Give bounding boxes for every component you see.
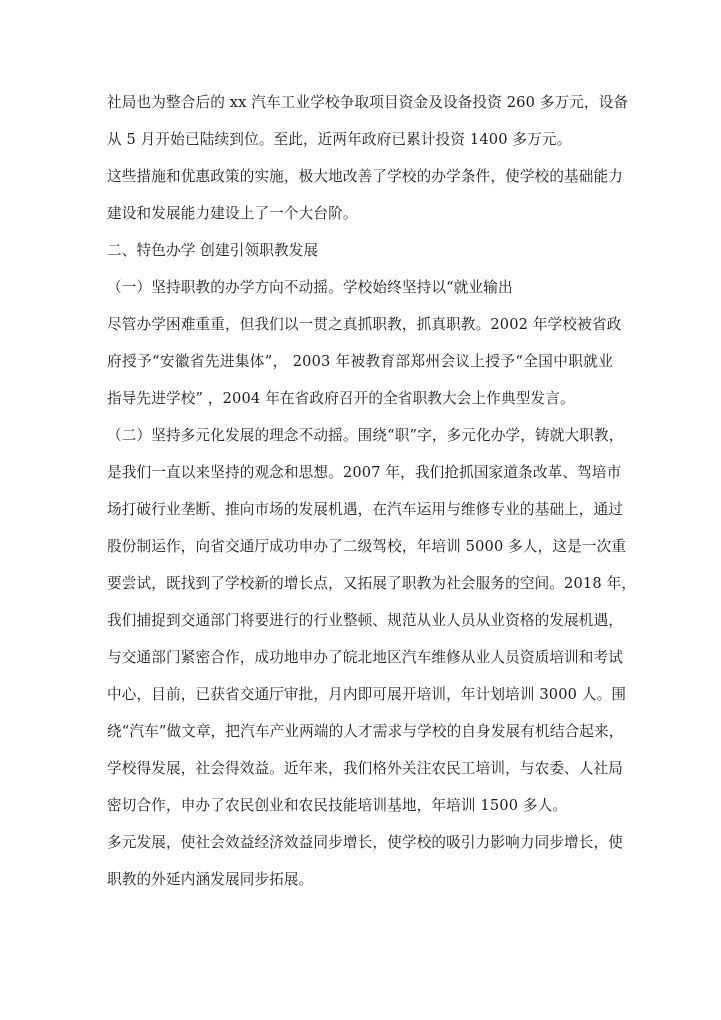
text-line: 场打破行业垄断、推向市场的发展机遇，在汽车运用与维修专业的基础上，通过 <box>107 499 613 536</box>
text-line: 我们捕捉到交通部门将要进行的行业整顿、规范从业人员从业资格的发展机遇， <box>107 610 613 647</box>
text-line: 指导先进学校” ，2004 年在省政府召开的全省职教大会上作典型发言。 <box>107 388 613 425</box>
text-line: 职教的外延内涵发展同步拓展。 <box>107 869 613 906</box>
text-line: 社局也为整合后的 xx 汽车工业学校争取项目资金及设备投资 260 多万元，设备 <box>107 92 613 129</box>
text-line: 多元发展，使社会效益经济效益同步增长，使学校的吸引力影响力同步增长，使 <box>107 832 613 869</box>
text-line: 学校得发展，社会得效益。近年来，我们格外关注农民工培训，与农委、人社局 <box>107 758 613 795</box>
section-heading: 二、特色办学 创建引领职教发展 <box>107 240 613 277</box>
text-line: 密切合作，申办了农民创业和农民技能培训基地，年培训 1500 多人。 <box>107 795 613 832</box>
text-line: 股份制运作，向省交通厅成功申办了二级驾校，年培训 5000 多人，这是一次重 <box>107 536 613 573</box>
text-line: 府授予“安徽省先进集体”， 2003 年被教育部郑州会议上授予“全国中职就业 <box>107 351 613 388</box>
text-line: 尽管办学困难重重，但我们以一贯之真抓职教，抓真职教。2002 年学校被省政 <box>107 314 613 351</box>
text-line: 这些措施和优惠政策的实施，极大地改善了学校的办学条件，使学校的基础能力 <box>107 166 613 203</box>
text-line: 要尝试，既找到了学校新的增长点，又拓展了职教为社会服务的空间。2018 年， <box>107 573 613 610</box>
document-page: 社局也为整合后的 xx 汽车工业学校争取项目资金及设备投资 260 多万元，设备… <box>107 92 613 906</box>
text-line: 绕“汽车”做文章，把汽车产业两端的人才需求与学校的自身发展有机结合起来， <box>107 721 613 758</box>
text-line: 是我们一直以来坚持的观念和思想。2007 年，我们抢抓国家道条改革、驾培市 <box>107 462 613 499</box>
subsection-heading: （二）坚持多元化发展的理念不动摇。围绕“职”字，多元化办学，铸就大职教， <box>107 425 613 462</box>
text-line: 建设和发展能力建设上了一个大台阶。 <box>107 203 613 240</box>
text-line: 中心，目前，已获省交通厅审批，月内即可展开培训，年计划培训 3000 人。围 <box>107 684 613 721</box>
text-line: 与交通部门紧密合作，成功地申办了皖北地区汽车维修从业人员资质培训和考试 <box>107 647 613 684</box>
text-line: 从 5 月开始已陆续到位。至此，近两年政府已累计投资 1400 多万元。 <box>107 129 613 166</box>
subsection-heading: （一）坚持职教的办学方向不动摇。学校始终坚持以“就业输出 <box>107 277 613 314</box>
